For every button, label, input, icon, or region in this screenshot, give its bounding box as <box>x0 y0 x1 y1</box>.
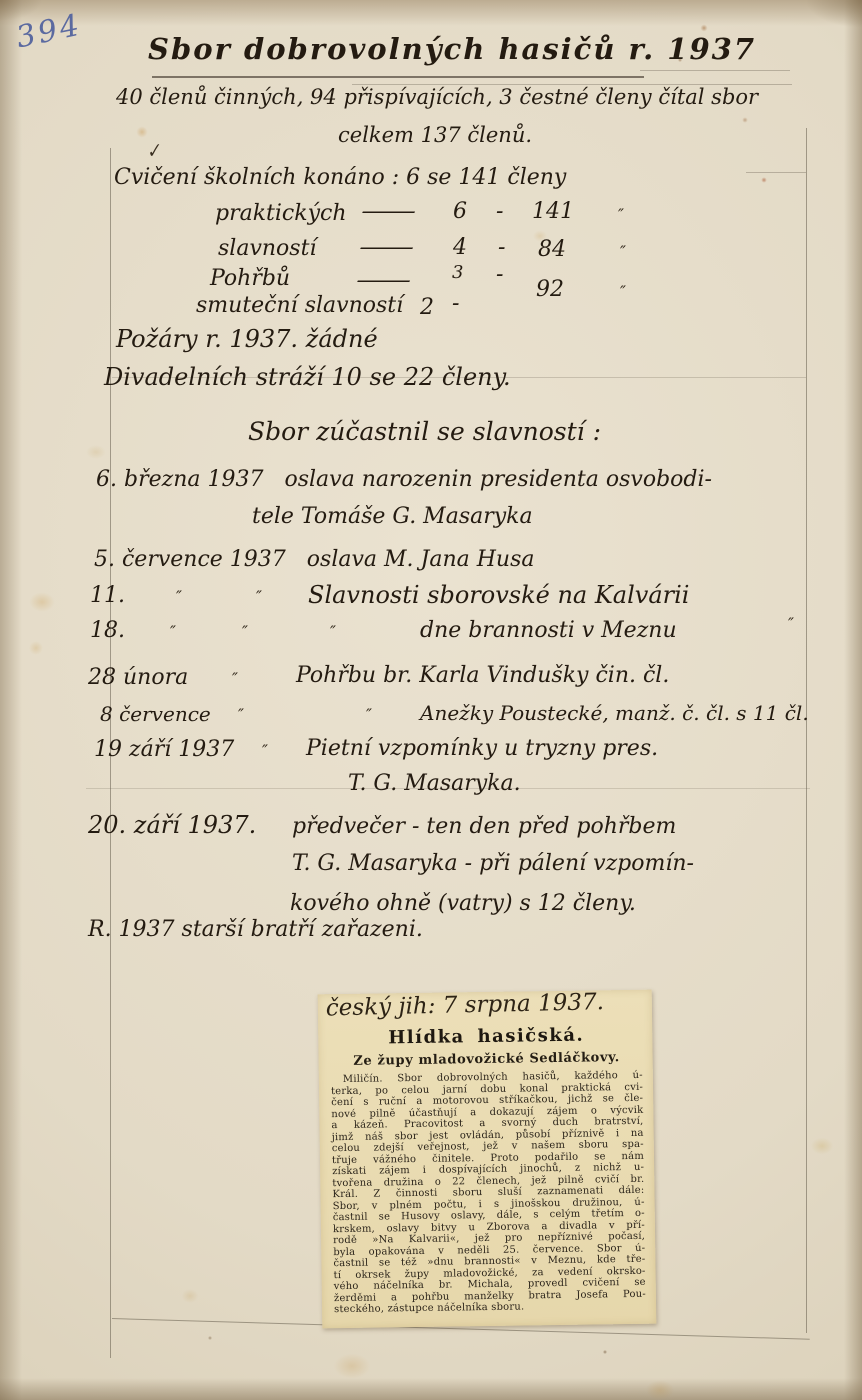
clipping-headline: Hlídka hasičská. <box>330 1024 642 1049</box>
event-text: T. G. Masaryka. <box>348 772 521 796</box>
stats-members: 92 <box>536 278 564 302</box>
event-text: Pohřbu br. Karla Vindušky čin. čl. <box>296 664 669 688</box>
stats-separator: - <box>496 200 503 224</box>
ruled-line <box>746 172 806 173</box>
event-text: oslava M. Jana Husa <box>307 547 535 572</box>
event-text: předvečer - ten den před pohřbem <box>292 815 676 839</box>
events-heading: Sbor zúčastnil se slavností : <box>248 418 601 446</box>
event-date: 18. <box>90 619 125 643</box>
stats-count: 2 <box>420 296 434 320</box>
clipping-body: Miličín. Sbor dobrovolných hasičů, každé… <box>331 1070 646 1316</box>
event-text: oslava narozenin presidenta osvobodi- <box>284 467 712 492</box>
subtitle-line-1: 40 členů činných, 94 přispívajících, 3 č… <box>116 86 758 109</box>
event-text: Anežky Poustecké, manž. č. čl. s 11 čl. <box>420 702 809 724</box>
subtitle-line-2: celkem 137 členů. <box>338 124 532 147</box>
stats-members: 84 <box>538 238 566 262</box>
stats-count: 4 <box>453 236 467 260</box>
margin-line-right <box>806 128 807 1333</box>
title-underline <box>152 76 644 78</box>
event-date: 11. <box>90 584 125 608</box>
ditto-mark: ″ <box>256 588 262 606</box>
event-date: 6. března 1937 <box>96 467 263 492</box>
stats-count: 3 <box>452 263 463 283</box>
page-title: Sbor dobrovolných hasičů r. 1937 <box>148 34 756 66</box>
ditto-mark: ″ <box>262 742 268 760</box>
event-text: dne brannosti v Meznu <box>420 619 677 643</box>
ditto-mark: ″ <box>170 623 176 641</box>
stats-header: Cvičení školních konáno : 6 se 141 členy <box>114 166 566 190</box>
ditto-mark: ″ <box>620 283 626 301</box>
clipping-subheadline: Ze župy mladovožické Sedláčkovy. <box>331 1050 643 1069</box>
event-text: kového ohně (vatry) s 12 členy. <box>290 892 636 916</box>
event-line: 6. března 1937 oslava narozenin presiden… <box>96 468 712 492</box>
stats-separator: - <box>498 236 505 260</box>
stats-count: 6 <box>453 200 467 224</box>
chronicle-page: 394 Sbor dobrovolných hasičů r. 1937 40 … <box>0 0 862 1400</box>
stats-label: Pohřbů <box>210 267 290 291</box>
event-text: T. G. Masaryka - při pálení vzpomín- <box>292 852 694 876</box>
newspaper-clipping: český jih: 7 srpna 1937. Hlídka hasičská… <box>318 990 657 1328</box>
ruled-line <box>640 70 790 71</box>
ditto-mark: ″ <box>238 706 244 724</box>
stats-label: slavností <box>218 237 316 261</box>
event-date: 28 února <box>88 666 188 690</box>
stats-dash: — <box>358 236 380 260</box>
ditto-mark: ″ <box>232 670 238 688</box>
event-date: 5. července 1937 <box>94 547 286 572</box>
ditto-mark: ″ <box>366 706 372 724</box>
stats-dash: — <box>360 200 382 224</box>
page-number: 394 <box>13 7 85 55</box>
event-text: Slavnosti sborovské na Kalvárii <box>308 582 689 608</box>
event-text: tele Tomáše G. Masaryka <box>252 505 533 529</box>
ditto-mark: ″ <box>620 243 626 261</box>
event-date: 19 září 1937 <box>94 738 234 762</box>
event-date: 20. září 1937. <box>88 812 256 838</box>
event-line: 5. července 1937 oslava M. Jana Husa <box>94 548 535 572</box>
clipping-annotation: český jih: 7 srpna 1937. <box>326 989 605 1021</box>
fires-line: Požáry r. 1937. žádné <box>116 326 378 352</box>
stats-dash: — <box>355 269 377 293</box>
ditto-mark: ″ <box>618 206 624 224</box>
closing-line: R. 1937 starší bratří zařazeni. <box>88 918 423 942</box>
ditto-mark: ″ <box>788 615 794 633</box>
stats-separator: - <box>496 263 503 287</box>
stats-label: smuteční slavností <box>196 294 403 318</box>
event-text: Pietní vzpomínky u tryzny pres. <box>306 737 658 761</box>
stats-members: 141 <box>532 200 574 224</box>
stats-separator: - <box>452 292 459 316</box>
theatre-guards-line: Divadelních stráží 10 se 22 členy. <box>104 364 511 390</box>
stroke-check-mark: ✓ <box>144 140 163 163</box>
ditto-mark: ″ <box>242 623 248 641</box>
event-date: 8 července <box>100 703 211 725</box>
ditto-mark: ″ <box>330 623 336 641</box>
stats-label: praktických <box>215 202 347 226</box>
ditto-mark: ″ <box>176 588 182 606</box>
